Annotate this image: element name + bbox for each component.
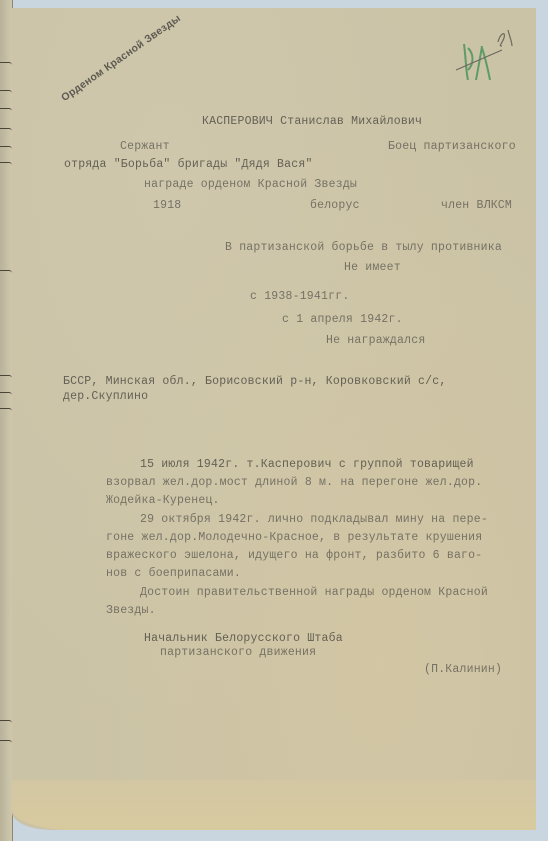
position: Боец партизанского bbox=[388, 140, 516, 153]
unit: отряда "Борьба" бригады "Дядя Вася" bbox=[64, 158, 313, 171]
service-period-2: с 1 апреля 1942г. bbox=[282, 313, 403, 326]
combat-participation: В партизанской борьбе в тылу противника bbox=[225, 241, 502, 254]
address-line-2: дер.Скуплино bbox=[63, 390, 148, 403]
folio-number-icon bbox=[452, 24, 522, 84]
party-membership: член ВЛКСМ bbox=[441, 199, 512, 212]
signatory-title-line-2: партизанского движения bbox=[160, 646, 316, 659]
narrative-line: нов с боеприпасами. bbox=[106, 567, 241, 580]
birth-year: 1918 bbox=[153, 199, 181, 212]
binding-thread bbox=[0, 392, 12, 395]
binding-thread bbox=[0, 270, 12, 273]
address-line-1: БССР, Минская обл., Борисовский р-н, Кор… bbox=[63, 375, 446, 388]
narrative-line: Жодейка-Куренец. bbox=[106, 494, 220, 507]
recipient-name: КАСПЕРОВИЧ Станислав Михайлович bbox=[202, 115, 422, 128]
narrative-line: 15 июля 1942г. т.Касперович с группой то… bbox=[140, 458, 474, 471]
document-page-bottom bbox=[12, 780, 536, 830]
signatory-title-line-1: Начальник Белорусского Штаба bbox=[144, 632, 343, 645]
narrative-line: 29 октября 1942г. лично подкладывал мину… bbox=[140, 513, 488, 526]
document-page bbox=[12, 8, 536, 830]
service-period-1: с 1938-1941гг. bbox=[250, 290, 349, 303]
binding-thread bbox=[0, 128, 12, 131]
narrative-line: взорвал жел.дор.мост длиной 8 м. на пере… bbox=[106, 476, 482, 489]
rank: Сержант bbox=[120, 140, 170, 153]
binding-thread bbox=[0, 90, 12, 93]
binding-thread bbox=[0, 720, 12, 723]
binding-thread bbox=[0, 108, 12, 111]
wounds: Не имеет bbox=[344, 261, 401, 274]
binding-thread bbox=[0, 62, 12, 65]
narrative-line: вражеского эшелона, идущего на фронт, ра… bbox=[106, 549, 482, 562]
narrative-line: Звезды. bbox=[106, 604, 156, 617]
narrative-line: Достоин правительственной награды ордено… bbox=[140, 586, 488, 599]
previous-awards: Не награждался bbox=[326, 334, 425, 347]
binding-thread bbox=[0, 740, 12, 743]
award-nomination: награде орденом Красной Звезды bbox=[144, 178, 357, 191]
binding-thread bbox=[0, 162, 12, 165]
binding-thread bbox=[0, 375, 12, 378]
narrative-line: гоне жел.дор.Молодечно-Красное, в резуль… bbox=[106, 531, 482, 544]
nationality: белорус bbox=[310, 199, 360, 212]
binding-thread bbox=[0, 146, 12, 149]
binding-thread bbox=[0, 408, 12, 411]
signatory-name: (П.Калинин) bbox=[424, 663, 502, 676]
